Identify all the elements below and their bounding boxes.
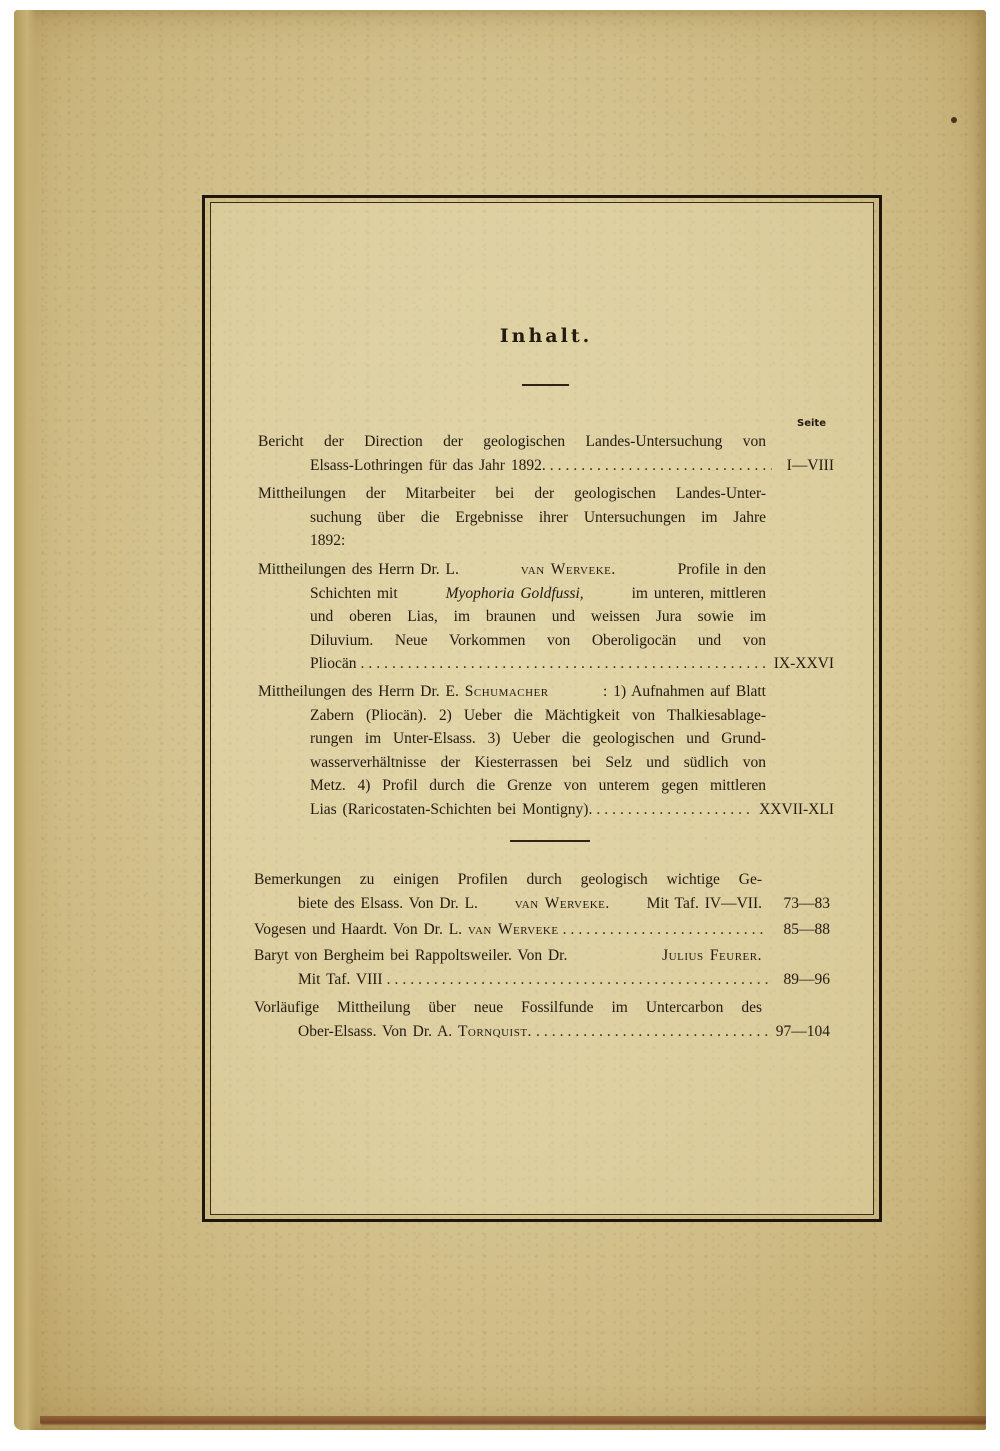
page-range: 73—83 bbox=[772, 892, 830, 916]
dot-leader: ........................................… bbox=[361, 652, 770, 676]
entry-text: Bemerkungen zu einigen Profilen durch ge… bbox=[254, 868, 762, 892]
toc-line: Mit Taf. VIII ..........................… bbox=[254, 968, 830, 992]
entry-text: Elsass-Lothringen für das Jahr 1892. bbox=[310, 454, 546, 478]
author-name: van Werveke bbox=[468, 921, 559, 938]
toc-line: suchung über die Ergebnisse ihrer Unters… bbox=[258, 506, 834, 530]
toc-line: Lias (Raricostaten-Schichten bei Montign… bbox=[258, 798, 834, 822]
toc-line: Metz. 4) Profil durch die Grenze von unt… bbox=[258, 774, 834, 798]
toc-line: Ober-Elsass. Von Dr. A. Tornquist. .....… bbox=[254, 1020, 830, 1044]
dot-leader: ........................................… bbox=[536, 1020, 768, 1044]
dot-leader: ........................................… bbox=[387, 968, 768, 992]
toc-line: Schichten mit Myophoria Goldfussi, im un… bbox=[258, 582, 834, 606]
page-column-label: Seite bbox=[797, 418, 826, 429]
toc-line: Vogesen und Haardt. Von Dr. L. van Werve… bbox=[254, 918, 830, 942]
entry-text: Bericht der Direction der geologischen L… bbox=[258, 430, 766, 454]
toc-line: Mittheilungen der Mitarbeiter bei der ge… bbox=[258, 482, 834, 506]
toc-line: 1892: bbox=[258, 529, 834, 553]
toc-line: Zabern (Pliocän). 2) Ueber die Mächtigke… bbox=[258, 704, 834, 728]
cover-worn-bottom-edge bbox=[40, 1416, 986, 1426]
entry-text-part: Vogesen und Haardt. Von Dr. L. bbox=[254, 921, 462, 938]
author-name: Tornquist. bbox=[458, 1023, 532, 1040]
entry-text: Metz. 4) Profil durch die Grenze von unt… bbox=[310, 774, 766, 798]
entry-text: Mittheilungen des Herrn Dr. E. Schumache… bbox=[258, 680, 766, 704]
entry-text-part: Profile in den bbox=[678, 558, 766, 582]
author-name: Julius Feurer. bbox=[662, 944, 762, 968]
toc-line: Diluvium. Neue Vorkommen von Oberoligocä… bbox=[258, 629, 834, 653]
toc-line: Mittheilungen des Herrn Dr. E. Schumache… bbox=[258, 680, 834, 704]
entry-text: Diluvium. Neue Vorkommen von Oberoligocä… bbox=[310, 629, 766, 653]
page-range: 89—96 bbox=[772, 968, 830, 992]
page-range: 85—88 bbox=[772, 918, 830, 942]
toc-line: Bemerkungen zu einigen Profilen durch ge… bbox=[254, 868, 830, 892]
entry-text-part: Mittheilungen des Herrn Dr. E. bbox=[258, 683, 459, 700]
entry-text: wasserverhältnisse der Kiesterrassen bei… bbox=[310, 751, 766, 775]
toc-entry: Bemerkungen zu einigen Profilen durch ge… bbox=[254, 868, 830, 915]
entry-text: Mittheilungen der Mitarbeiter bei der ge… bbox=[258, 482, 766, 506]
section-divider bbox=[510, 840, 590, 842]
toc-line: Mittheilungen des Herrn Dr. L. van Werve… bbox=[258, 558, 834, 582]
toc-entry: Bericht der Direction der geologischen L… bbox=[258, 430, 834, 477]
entry-text: Vogesen und Haardt. Von Dr. L. van Werve… bbox=[254, 918, 559, 942]
entry-text-part: Schichten mit bbox=[310, 582, 398, 606]
entry-text: suchung über die Ergebnisse ihrer Unters… bbox=[310, 506, 766, 530]
entry-text-part: Mittheilungen des Herrn Dr. E. Schumache… bbox=[258, 680, 549, 704]
toc-entry: Mittheilungen der Mitarbeiter bei der ge… bbox=[258, 482, 834, 553]
toc-line: und oberen Lias, im braunen und weissen … bbox=[258, 605, 834, 629]
dot-leader: ........................................… bbox=[550, 454, 772, 478]
toc-line: Vorläufige Mittheilung über neue Fossilf… bbox=[254, 996, 830, 1020]
toc-entry: Vogesen und Haardt. Von Dr. L. van Werve… bbox=[254, 918, 830, 942]
entry-text-part: Baryt von Bergheim bei Rappoltsweiler. V… bbox=[254, 944, 567, 968]
entry-text-part: Mit Taf. IV—VII. bbox=[647, 892, 762, 916]
entry-text: Zabern (Pliocän). 2) Ueber die Mächtigke… bbox=[310, 704, 766, 728]
toc-entry: Baryt von Bergheim bei Rappoltsweiler. V… bbox=[254, 944, 830, 991]
entry-text-part: Ober-Elsass. Von Dr. A. bbox=[298, 1023, 452, 1040]
toc-line: wasserverhältnisse der Kiesterrassen bei… bbox=[258, 751, 834, 775]
entry-text: Mit Taf. VIII bbox=[298, 968, 383, 992]
page-title: Inhalt. bbox=[258, 325, 834, 347]
entry-text-part: biete des Elsass. Von Dr. L. bbox=[298, 892, 478, 916]
entry-text: Mittheilungen des Herrn Dr. L. van Werve… bbox=[258, 558, 766, 582]
author-name: van Werveke. bbox=[515, 892, 610, 916]
toc-line: Elsass-Lothringen für das Jahr 1892. ...… bbox=[258, 454, 834, 478]
author-name: van Werveke. bbox=[521, 558, 616, 582]
toc-line: biete des Elsass. Von Dr. L. van Werveke… bbox=[254, 892, 830, 916]
entry-text: Schichten mit Myophoria Goldfussi, im un… bbox=[310, 582, 766, 606]
author-name: Schumacher bbox=[465, 683, 549, 700]
toc-entry: Mittheilungen des Herrn Dr. L. van Werve… bbox=[258, 558, 834, 676]
paper-damage-hole bbox=[951, 117, 957, 123]
entry-text: und oberen Lias, im braunen und weissen … bbox=[310, 605, 766, 629]
page-range: IX-XXVI bbox=[774, 652, 834, 676]
entry-text: Pliocän bbox=[310, 652, 357, 676]
species-name: Myophoria Goldfussi, bbox=[446, 582, 584, 606]
entry-text: Vorläufige Mittheilung über neue Fossilf… bbox=[254, 996, 762, 1020]
entry-text: biete des Elsass. Von Dr. L. van Werveke… bbox=[298, 892, 762, 916]
page-range: XXVII-XLI bbox=[759, 798, 834, 822]
toc-entry: Mittheilungen des Herrn Dr. E. Schumache… bbox=[258, 680, 834, 821]
dot-leader: ........................................… bbox=[596, 798, 755, 822]
entry-text-part: : 1) Aufnahmen auf Blatt bbox=[603, 680, 766, 704]
toc-line: Baryt von Bergheim bei Rappoltsweiler. V… bbox=[254, 944, 830, 968]
page-range: 97—104 bbox=[772, 1020, 830, 1044]
page-range: I—VIII bbox=[776, 454, 834, 478]
entry-text: 1892: bbox=[310, 529, 345, 553]
entry-text-part: Mittheilungen des Herrn Dr. L. bbox=[258, 558, 459, 582]
toc-line: Bericht der Direction der geologischen L… bbox=[258, 430, 834, 454]
entry-text: rungen im Unter-Elsass. 3) Ueber die geo… bbox=[310, 727, 766, 751]
entry-text-part: im unteren, mittleren bbox=[632, 582, 766, 606]
title-divider bbox=[522, 384, 569, 386]
toc-line: Pliocän ................................… bbox=[258, 652, 834, 676]
cover-spine-edge bbox=[14, 10, 36, 1430]
entry-text: Baryt von Bergheim bei Rappoltsweiler. V… bbox=[254, 944, 762, 968]
toc-entry: Vorläufige Mittheilung über neue Fossilf… bbox=[254, 996, 830, 1043]
entry-text: Ober-Elsass. Von Dr. A. Tornquist. bbox=[298, 1020, 532, 1044]
entry-text: Lias (Raricostaten-Schichten bei Montign… bbox=[310, 798, 592, 822]
dot-leader: ........................................… bbox=[563, 918, 768, 942]
toc-line: rungen im Unter-Elsass. 3) Ueber die geo… bbox=[258, 727, 834, 751]
